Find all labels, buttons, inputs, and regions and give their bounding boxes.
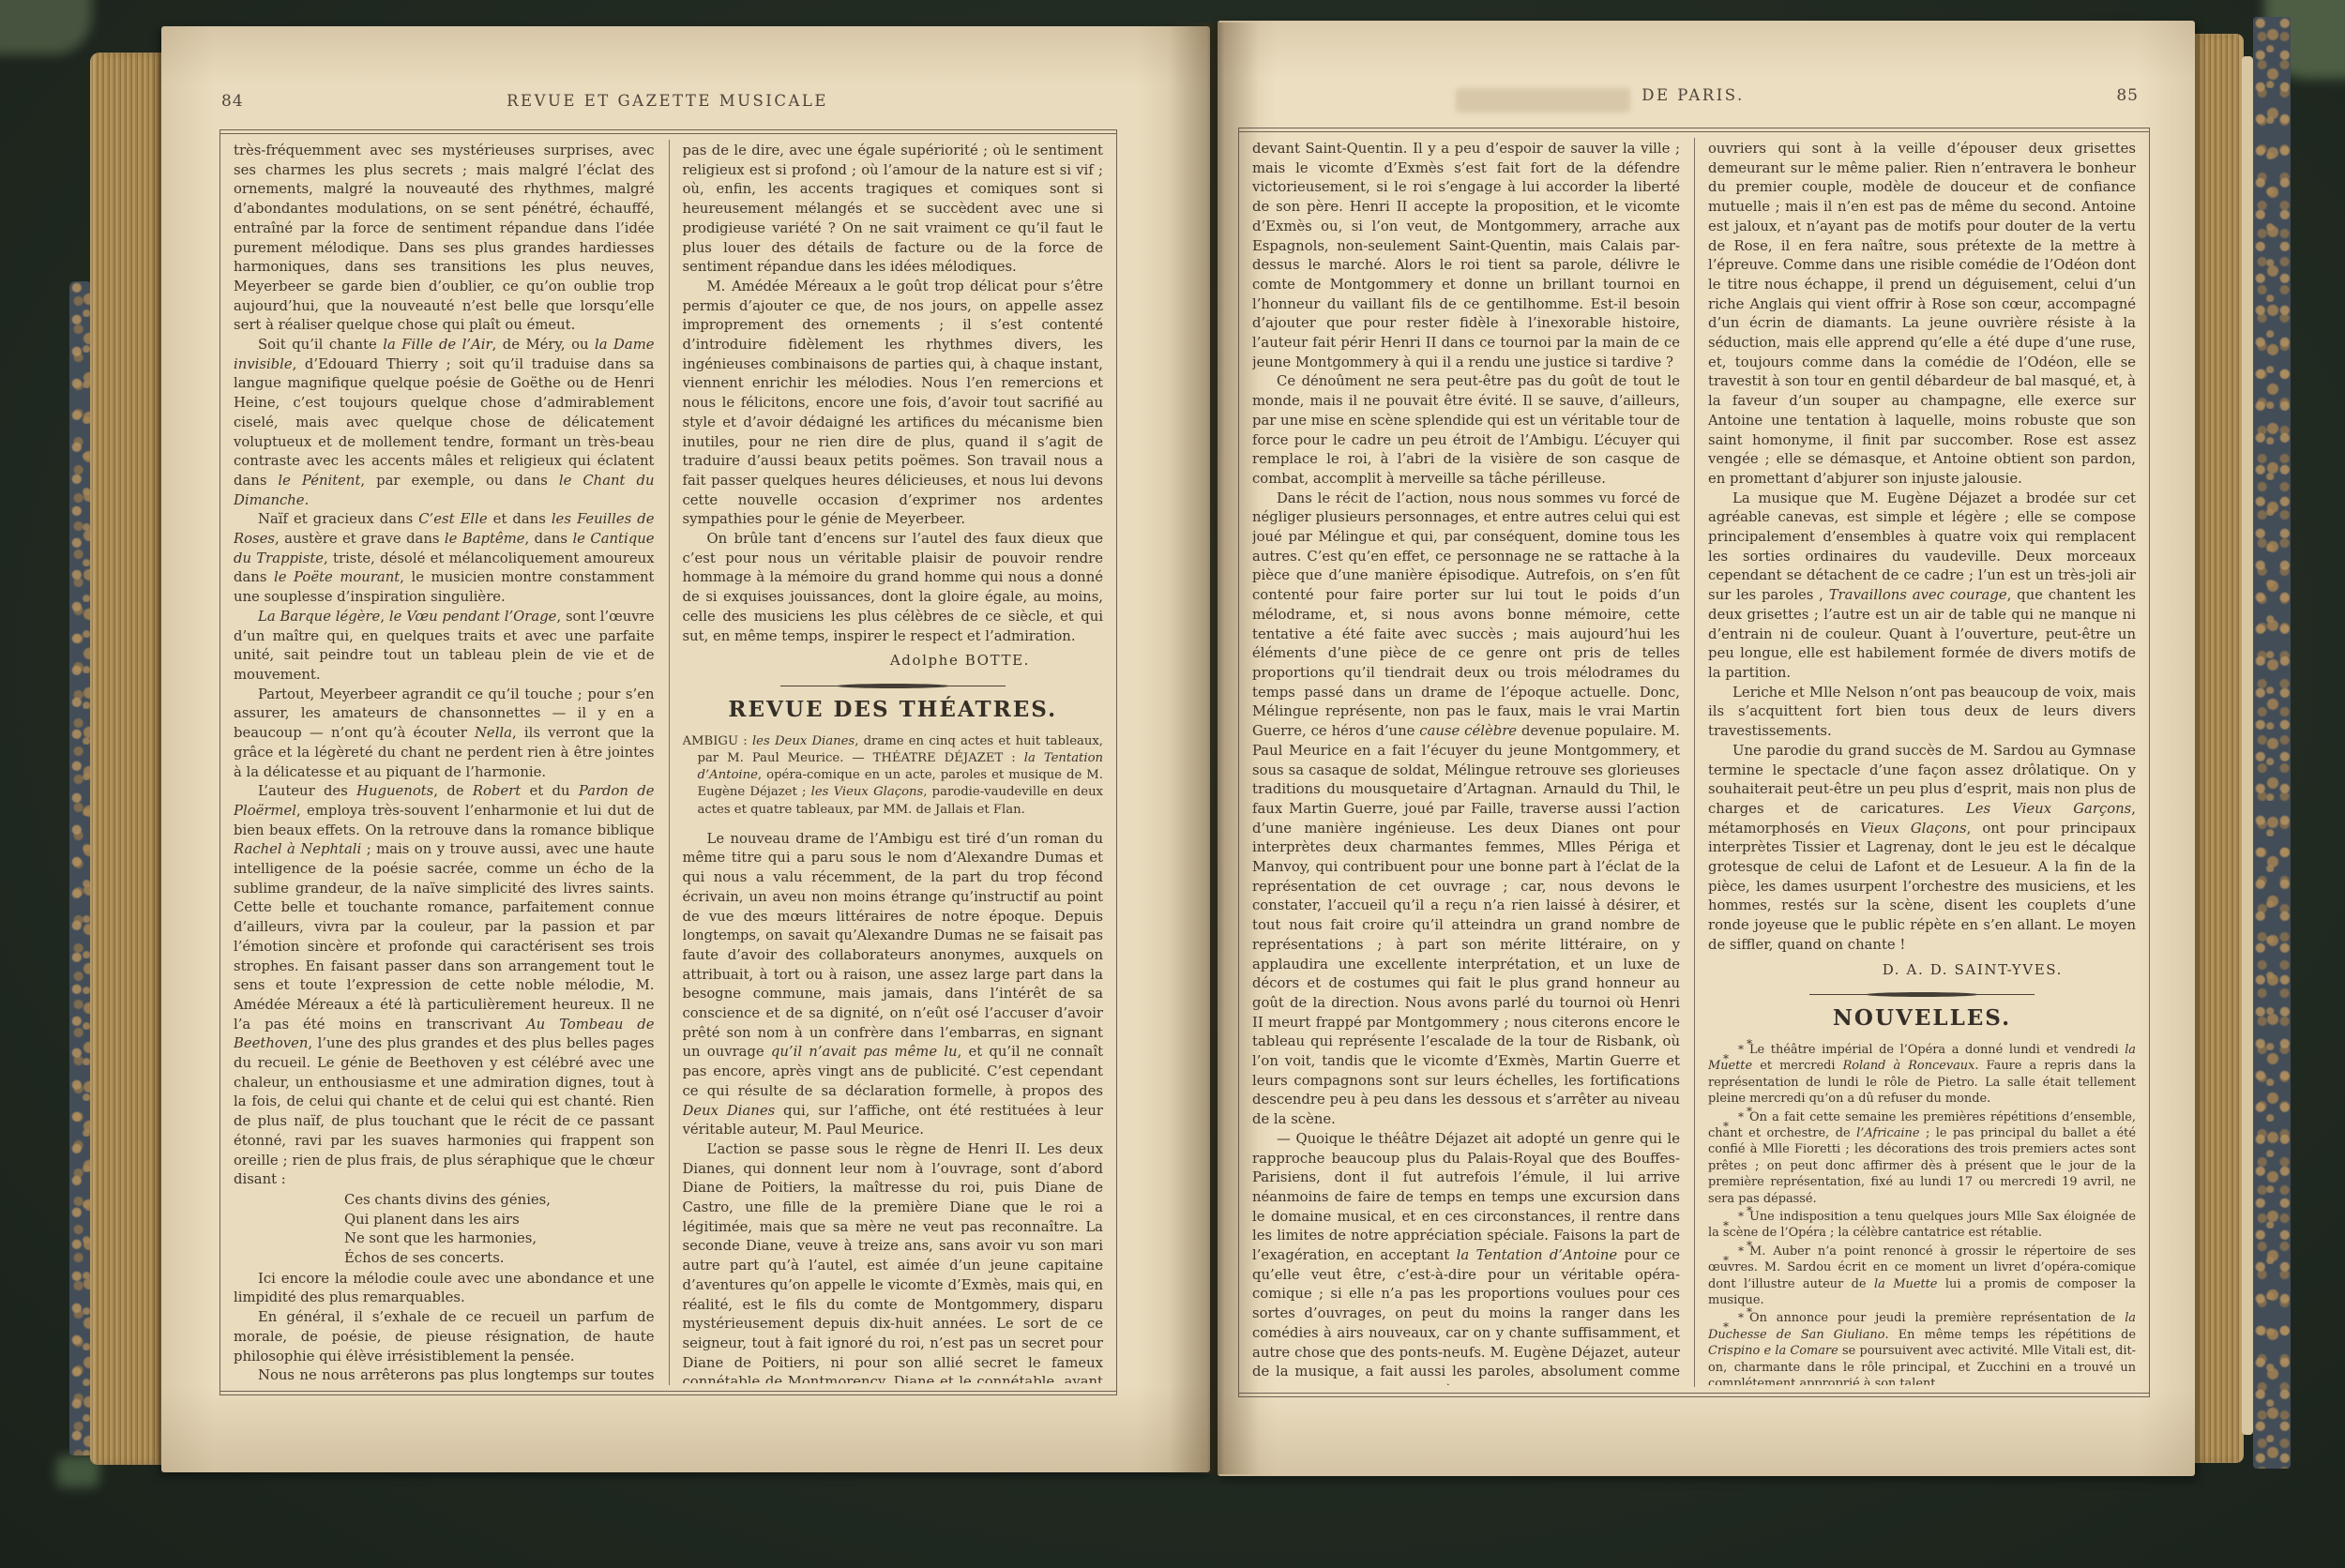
- paragraph: très-fréquemment avec ses mystérieuses s…: [234, 142, 655, 336]
- paragraph: Ce dénoûment ne sera peut-être pas du go…: [1252, 372, 1680, 489]
- news-item-text: Le théâtre impérial de l’Opéra a donné l…: [1708, 1043, 2136, 1106]
- ink-offset-smudge: [1456, 88, 1630, 113]
- verse-line: Qui planent dans les airs: [344, 1211, 655, 1230]
- left-page-column-1: très-fréquemment avec ses mystérieuses s…: [234, 142, 655, 1383]
- paragraph: Leriche et Mlle Nelson n’ont pas beaucou…: [1708, 684, 2136, 742]
- author-signature-botte: Adolphe BOTTE.: [683, 651, 1104, 671]
- section-title-nouvelles: NOUVELLES.: [1708, 1009, 2136, 1029]
- paragraph: En général, il s’exhale de ce recueil un…: [234, 1308, 655, 1366]
- news-section: ** *Le théâtre impérial de l’Opéra a don…: [1708, 1042, 2136, 1385]
- paragraph: Naïf et gracieux dans C’est Elle et dans…: [234, 510, 655, 608]
- asterism-icon: ** *: [1723, 1209, 1747, 1222]
- news-item-text: Une indisposition a tenu quelques jours …: [1708, 1210, 2136, 1240]
- author-signature-saint-yves: D. A. D. SAINT-YVES.: [1708, 960, 2136, 980]
- paragraph: Ici encore la mélodie coule avec une abo…: [234, 1270, 655, 1308]
- asterism-icon: ** *: [1723, 1310, 1747, 1323]
- news-item: ** *On a fait cette semaine les première…: [1708, 1109, 2136, 1207]
- spindle-divider-icon: [752, 680, 1034, 693]
- paragraph: La musique que M. Eugène Déjazet a brodé…: [1708, 490, 2136, 684]
- news-item: ** *M. Auber n’a point renoncé à grossir…: [1708, 1244, 2136, 1309]
- asterism-icon: ** *: [1723, 1042, 1747, 1055]
- news-item-text: On a fait cette semaine les premières ré…: [1708, 1110, 2136, 1206]
- verse-line: Échos de ses concerts.: [344, 1249, 655, 1269]
- marbled-board-edge-right: [2253, 17, 2291, 1469]
- page-number-right: 85: [2116, 86, 2139, 105]
- news-item-text: M. Auber n’a point renoncé à grossir le …: [1708, 1244, 2136, 1307]
- section-title-revue-des-theatres: REVUE DES THÉATRES.: [683, 701, 1104, 720]
- paragraph: L’action se passe sous le règne de Henri…: [683, 1140, 1104, 1383]
- paragraph: Partout, Meyerbeer agrandit ce qu’il tou…: [234, 686, 655, 783]
- asterism-icon: ** *: [1723, 1244, 1747, 1257]
- paragraph: pas de le dire, avec une égale supériori…: [683, 142, 1104, 278]
- paragraph: Soit qu’il chante la Fille de l’Air, de …: [234, 336, 655, 510]
- paragraph: M. Amédée Méreaux a le goût trop délicat…: [683, 278, 1104, 530]
- paragraph: Dans le récit de l’action, nous nous som…: [1252, 490, 1680, 1130]
- paragraph: devant Saint-Quentin. Il y a peu d’espoi…: [1252, 140, 1680, 372]
- gilt-page-edges-right: [2191, 34, 2244, 1463]
- running-head-left: 84 REVUE ET GAZETTE MUSICALE: [161, 92, 1210, 120]
- text-frame-left-page: très-fréquemment avec ses mystérieuses s…: [219, 129, 1117, 1395]
- paragraph: Nous ne nous arrêterons pas plus longtem…: [234, 1366, 655, 1383]
- backdrop-corner-top-left: [0, 0, 92, 54]
- running-title-right: DE PARIS.: [1238, 86, 2148, 104]
- news-item: ** *On annonce pour jeudi la première re…: [1708, 1310, 2136, 1385]
- paragraph: — Quoique le théâtre Déjazet ait adopté …: [1252, 1130, 1680, 1385]
- paragraph: ouvriers qui sont à la veille d’épouser …: [1708, 140, 2136, 490]
- paragraph: La Barque légère, le Vœu pendant l’Orage…: [234, 608, 655, 686]
- page-edge-sliver-right: [2242, 56, 2253, 1435]
- paragraph: L’auteur des Huguenots, de Robert et du …: [234, 782, 655, 1190]
- left-page-column-2: pas de le dire, avec une égale supériori…: [683, 142, 1104, 1383]
- left-page: 84 REVUE ET GAZETTE MUSICALE très-fréque…: [161, 26, 1210, 1472]
- right-page-column-2: ouvriers qui sont à la veille d’épouser …: [1708, 140, 2136, 1385]
- spindle-divider-icon: [1781, 988, 2063, 1002]
- verse-line: Ne sont que les harmonies,: [344, 1229, 655, 1249]
- text-frame-right-page: devant Saint-Quentin. Il y a peu d’espoi…: [1238, 128, 2150, 1397]
- verse-quote: Ces chants divins des génies, Qui planen…: [234, 1190, 655, 1270]
- paragraph: Le nouveau drame de l’Ambigu est tiré d’…: [683, 830, 1104, 1140]
- news-item-text: On annonce pour jeudi la première représ…: [1708, 1311, 2136, 1385]
- running-title-left: REVUE ET GAZETTE MUSICALE: [219, 92, 1115, 110]
- news-item: ** *Le théâtre impérial de l’Opéra a don…: [1708, 1042, 2136, 1108]
- verse-line: Ces chants divins des génies,: [344, 1191, 655, 1211]
- photographed-book-spread: { "palette": { "background_dark_green": …: [0, 0, 2345, 1568]
- review-argument: AMBIGU : les Deux Dianes, drame en cinq …: [683, 733, 1104, 819]
- paragraph: On brûle tant d’encens sur l’autel des f…: [683, 530, 1104, 646]
- paragraph: Une parodie du grand succès de M. Sardou…: [1708, 742, 2136, 956]
- running-head-right: DE PARIS. 85: [1218, 86, 2195, 114]
- right-page: DE PARIS. 85 devant Saint-Quentin. Il y …: [1218, 21, 2195, 1476]
- asterism-icon: ** *: [1723, 1109, 1747, 1123]
- right-page-column-1: devant Saint-Quentin. Il y a peu d’espoi…: [1252, 140, 1680, 1385]
- news-item: ** *Une indisposition a tenu quelques jo…: [1708, 1209, 2136, 1242]
- marbled-board-edge-left: [69, 281, 92, 1455]
- gilt-page-edges-left: [90, 53, 165, 1465]
